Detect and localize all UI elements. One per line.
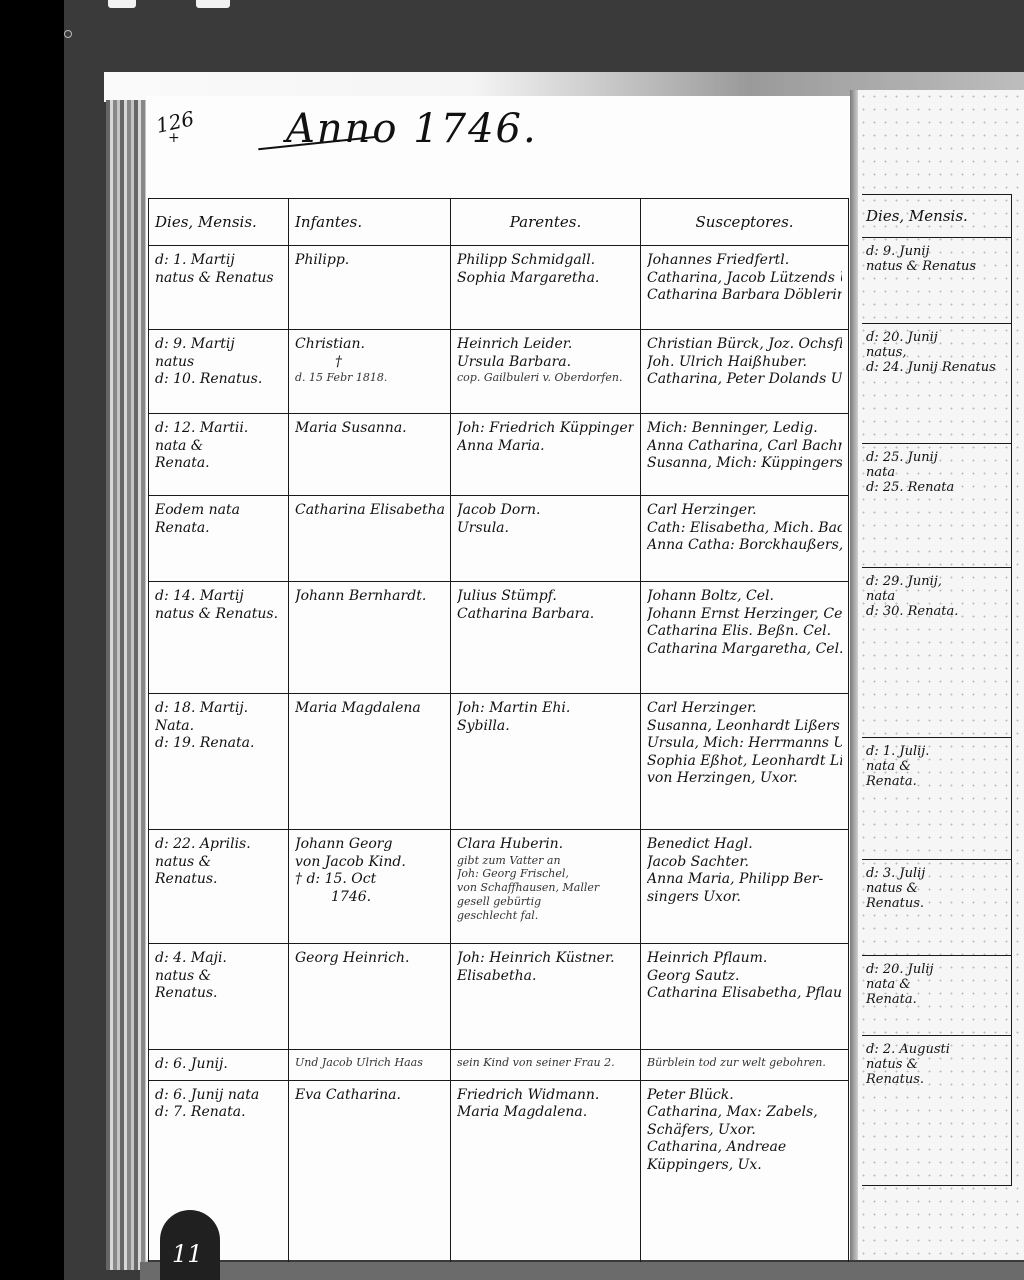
cell-parents: sein Kind von seiner Frau 2. bbox=[451, 1050, 641, 1081]
table-row: d: 18. Martij.Nata.d: 19. Renata. Maria … bbox=[149, 694, 849, 830]
footer-mark: 11 bbox=[172, 1240, 203, 1268]
cell-parents: Julius Stümpf.Catharina Barbara. bbox=[451, 582, 641, 694]
cell-sponsors: Johannes Friedfertl.Catharina, Jacob Lüt… bbox=[641, 246, 849, 330]
table-row: d: 6. Junij. Und Jacob Ulrich Haas sein … bbox=[149, 1050, 849, 1081]
facing-row: d: 20. Junijnatus,d: 24. Junij Renatus bbox=[862, 324, 1012, 444]
scanner-tab bbox=[108, 0, 136, 8]
cell-sponsors: Peter Blück.Catharina, Max: Zabels,Schäf… bbox=[641, 1080, 849, 1270]
facing-cell-date: d: 25. Junijnatad: 25. Renata bbox=[862, 444, 1012, 568]
cell-sponsors: Carl Herzinger.Cath: Elisabetha, Mich. B… bbox=[641, 496, 849, 582]
cell-parents: Friedrich Widmann.Maria Magdalena. bbox=[451, 1080, 641, 1270]
table-row: d: 9. Martijnatusd: 10. Renatus. Christi… bbox=[149, 330, 849, 414]
table-row: d: 22. Aprilis.natus &Renatus. Johann Ge… bbox=[149, 830, 849, 944]
header-parents: Parentes. bbox=[451, 199, 641, 246]
header-date: Dies, Mensis. bbox=[149, 199, 289, 246]
table-row: d: 4. Maji.natus &Renatus. Georg Heinric… bbox=[149, 944, 849, 1050]
facing-header-row: Dies, Mensis. bbox=[862, 195, 1012, 238]
facing-row: d: 25. Junijnatad: 25. Renata bbox=[862, 444, 1012, 568]
facing-cell-date: d: 29. Junij,natad: 30. Renata. bbox=[862, 568, 1012, 738]
cell-infant: Maria Magdalena bbox=[289, 694, 451, 830]
page-mark: + bbox=[168, 130, 180, 146]
book-spine bbox=[106, 100, 148, 1270]
table-row: d: 6. Junij natad: 7. Renata. Eva Cathar… bbox=[149, 1080, 849, 1270]
cell-parents: Clara Huberin.gibt zum Vatter anJoh: Geo… bbox=[451, 830, 641, 944]
facing-header-date: Dies, Mensis. bbox=[862, 195, 1012, 238]
cell-date: d: 14. Martijnatus & Renatus. bbox=[149, 582, 289, 694]
cell-parents: Joh: Heinrich Küstner.Elisabetha. bbox=[451, 944, 641, 1050]
cell-parents: Jacob Dorn.Ursula. bbox=[451, 496, 641, 582]
cell-sponsors: Carl Herzinger.Susanna, Leonhardt Lißers… bbox=[641, 694, 849, 830]
cell-infant: Maria Susanna. bbox=[289, 414, 451, 496]
cell-parents: Joh: Friedrich KüppingerAnna Maria. bbox=[451, 414, 641, 496]
header-sponsors: Susceptores. bbox=[641, 199, 849, 246]
facing-cell-date: d: 2. Augustinatus &Renatus. bbox=[862, 1036, 1012, 1186]
page-gutter bbox=[850, 90, 858, 1260]
cell-date: d: 4. Maji.natus &Renatus. bbox=[149, 944, 289, 1050]
facing-row: d: 3. Julijnatus &Renatus. bbox=[862, 860, 1012, 956]
cell-date: d: 12. Martii.nata &Renata. bbox=[149, 414, 289, 496]
facing-cell-date: d: 1. Julij.nata &Renata. bbox=[862, 738, 1012, 860]
baptism-register-table: Dies, Mensis. Infantes. Parentes. Suscep… bbox=[148, 198, 849, 1271]
page-bottom-edge bbox=[140, 1262, 1024, 1280]
facing-page: Dies, Mensis. d: 9. Junijnatus & Renatus… bbox=[858, 90, 1024, 1260]
cell-sponsors: Bürblein tod zur welt gebohren. bbox=[641, 1050, 849, 1081]
cell-date: d: 6. Junij. bbox=[149, 1050, 289, 1081]
cell-parents: Philipp Schmidgall.Sophia Margaretha. bbox=[451, 246, 641, 330]
facing-page-table: Dies, Mensis. d: 9. Junijnatus & Renatus… bbox=[862, 194, 1012, 1186]
cell-date: Eodem nataRenata. bbox=[149, 496, 289, 582]
facing-cell-date: d: 20. Junijnatus,d: 24. Junij Renatus bbox=[862, 324, 1012, 444]
cell-date: d: 9. Martijnatusd: 10. Renatus. bbox=[149, 330, 289, 414]
cell-sponsors: Johann Boltz, Cel.Johann Ernst Herzinger… bbox=[641, 582, 849, 694]
cell-infant: Philipp. bbox=[289, 246, 451, 330]
cell-sponsors: Heinrich Pflaum.Georg Sautz.Catharina El… bbox=[641, 944, 849, 1050]
cell-infant: Eva Catharina. bbox=[289, 1080, 451, 1270]
scanner-frame-left bbox=[0, 0, 64, 1280]
frame-screw-icon bbox=[64, 30, 72, 38]
header-infants: Infantes. bbox=[289, 199, 451, 246]
cell-sponsors: Christian Bürck, Joz. Ochsfl.Joh. Ulrich… bbox=[641, 330, 849, 414]
page-title: Anno 1746. bbox=[286, 106, 538, 152]
table-row: Eodem nataRenata. Catharina Elisabetha J… bbox=[149, 496, 849, 582]
table-header-row: Dies, Mensis. Infantes. Parentes. Suscep… bbox=[149, 199, 849, 246]
table-row: d: 1. Martijnatus & Renatus Philipp. Phi… bbox=[149, 246, 849, 330]
facing-cell-date: d: 9. Junijnatus & Renatus bbox=[862, 238, 1012, 324]
cell-infant: Und Jacob Ulrich Haas bbox=[289, 1050, 451, 1081]
cell-date: d: 18. Martij.Nata.d: 19. Renata. bbox=[149, 694, 289, 830]
cell-infant: Johann Georgvon Jacob Kind.† d: 15. Oct1… bbox=[289, 830, 451, 944]
cell-parents: Heinrich Leider.Ursula Barbara.cop. Gail… bbox=[451, 330, 641, 414]
cell-infant: Christian.†d. 15 Febr 1818. bbox=[289, 330, 451, 414]
facing-row: d: 20. Julijnata &Renata. bbox=[862, 956, 1012, 1036]
cell-date: d: 1. Martijnatus & Renatus bbox=[149, 246, 289, 330]
table-row: d: 12. Martii.nata &Renata. Maria Susann… bbox=[149, 414, 849, 496]
facing-row: d: 2. Augustinatus &Renatus. bbox=[862, 1036, 1012, 1186]
cell-parents: Joh: Martin Ehi.Sybilla. bbox=[451, 694, 641, 830]
cell-infant: Georg Heinrich. bbox=[289, 944, 451, 1050]
cell-infant: Catharina Elisabetha bbox=[289, 496, 451, 582]
facing-cell-date: d: 20. Julijnata &Renata. bbox=[862, 956, 1012, 1036]
facing-row: d: 1. Julij.nata &Renata. bbox=[862, 738, 1012, 860]
register-page: 126 + Anno 1746. Dies, Mensis. Infantes.… bbox=[146, 96, 852, 1260]
cell-sponsors: Mich: Benninger, Ledig.Anna Catharina, C… bbox=[641, 414, 849, 496]
cell-sponsors: Benedict Hagl.Jacob Sachter.Anna Maria, … bbox=[641, 830, 849, 944]
cell-date: d: 22. Aprilis.natus &Renatus. bbox=[149, 830, 289, 944]
facing-row: d: 29. Junij,natad: 30. Renata. bbox=[862, 568, 1012, 738]
facing-row: d: 9. Junijnatus & Renatus bbox=[862, 238, 1012, 324]
scanner-tab bbox=[196, 0, 230, 8]
table-row: d: 14. Martijnatus & Renatus. Johann Ber… bbox=[149, 582, 849, 694]
cell-infant: Johann Bernhardt. bbox=[289, 582, 451, 694]
facing-cell-date: d: 3. Julijnatus &Renatus. bbox=[862, 860, 1012, 956]
